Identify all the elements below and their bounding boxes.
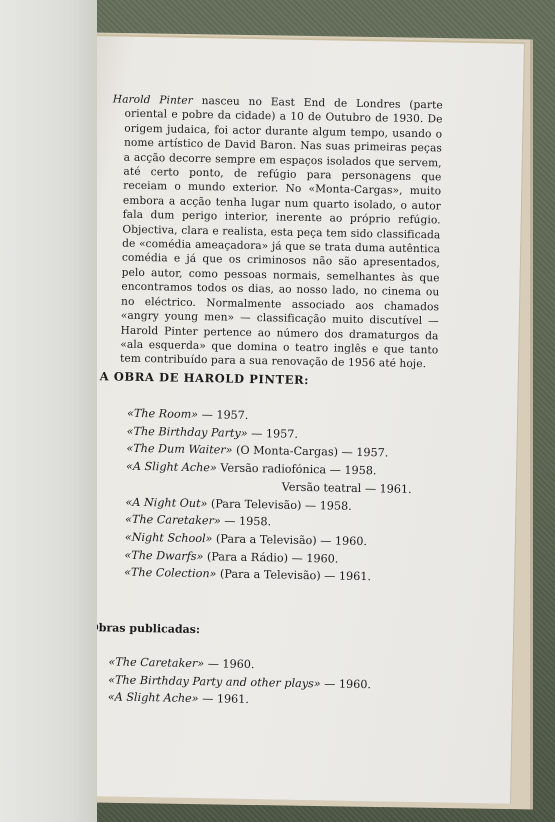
author-biography: Harold Pinter nasceu no East End de Lond…: [108, 92, 443, 372]
biography-text: nasceu no East End de Londres (parte ori…: [120, 95, 443, 371]
left-facing-page: [0, 0, 97, 822]
book-page: Harold Pinter nasceu no East End de Lond…: [78, 34, 524, 804]
author-name: Harold Pinter: [113, 93, 193, 106]
published-works-list: «The Caretaker» — 1960. «The Birthday Pa…: [108, 653, 372, 710]
works-heading: A OBRA DE HAROLD PINTER:: [100, 369, 310, 387]
works-list: «The Room» — 1957. «The Birthday Party» …: [124, 405, 413, 587]
published-works-heading: Obras publicadas:: [89, 621, 200, 636]
